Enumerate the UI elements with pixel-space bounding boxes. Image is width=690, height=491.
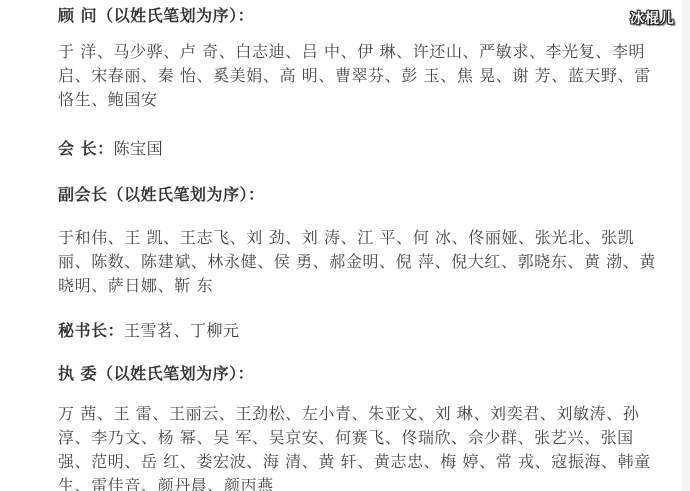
- secretary-general-heading: 秘书长：王雪茗、丁柳元: [58, 318, 240, 341]
- executive-committee-heading: 执 委（以姓氏笔划为序）：: [58, 361, 254, 384]
- vice-presidents-heading: 副会长（以姓氏笔划为序）：: [58, 182, 265, 205]
- advisors-heading: 顾 问（以姓氏笔划为序）：: [58, 3, 254, 26]
- president-label: 会 长：: [58, 139, 114, 158]
- president-value: 陈宝国: [114, 139, 164, 158]
- vice-presidents-names: 于和伟、王 凯、王志飞、刘 劲、刘 涛、江 平、何 冰、佟丽娅、张光北、张凯丽、…: [58, 226, 658, 298]
- executive-committee-names: 万 茜、王 雷、王丽云、王劲松、左小青、朱亚文、刘 琳、刘奕君、刘敏涛、孙 淳、…: [58, 402, 658, 491]
- page-edge: [682, 0, 690, 491]
- secretary-general-value: 王雪茗、丁柳元: [124, 321, 240, 340]
- document-page: 顾 问（以姓氏笔划为序）： 于 洋、马少骅、卢 奇、白志迪、吕 中、伊 琳、许还…: [0, 0, 682, 491]
- advisors-names: 于 洋、马少骅、卢 奇、白志迪、吕 中、伊 琳、许还山、严敏求、李光复、李明启、…: [58, 40, 658, 112]
- watermark: 冰棍儿: [630, 8, 675, 28]
- secretary-general-label: 秘书长：: [58, 321, 124, 340]
- president-heading: 会 长：陈宝国: [58, 136, 163, 159]
